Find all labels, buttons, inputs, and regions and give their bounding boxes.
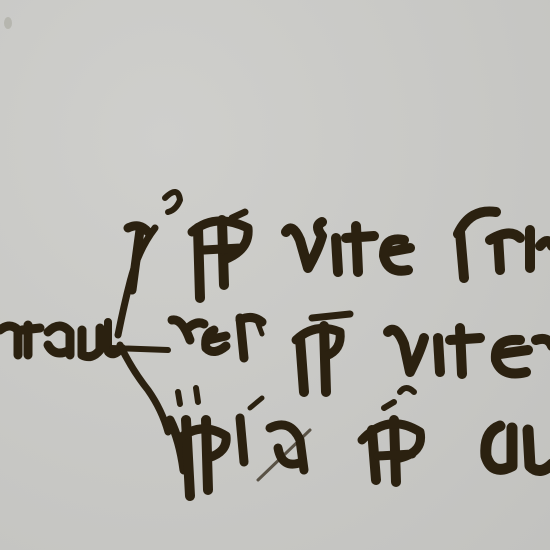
- left-word-fragment: [0, 322, 122, 357]
- text-line-2: [172, 314, 550, 392]
- manuscript-photo: ...tatur r' pp vite scie... vel' pp vite…: [0, 0, 550, 550]
- text-line-1: [128, 192, 550, 298]
- text-line-3: [170, 398, 550, 496]
- manuscript-ink: [0, 0, 550, 550]
